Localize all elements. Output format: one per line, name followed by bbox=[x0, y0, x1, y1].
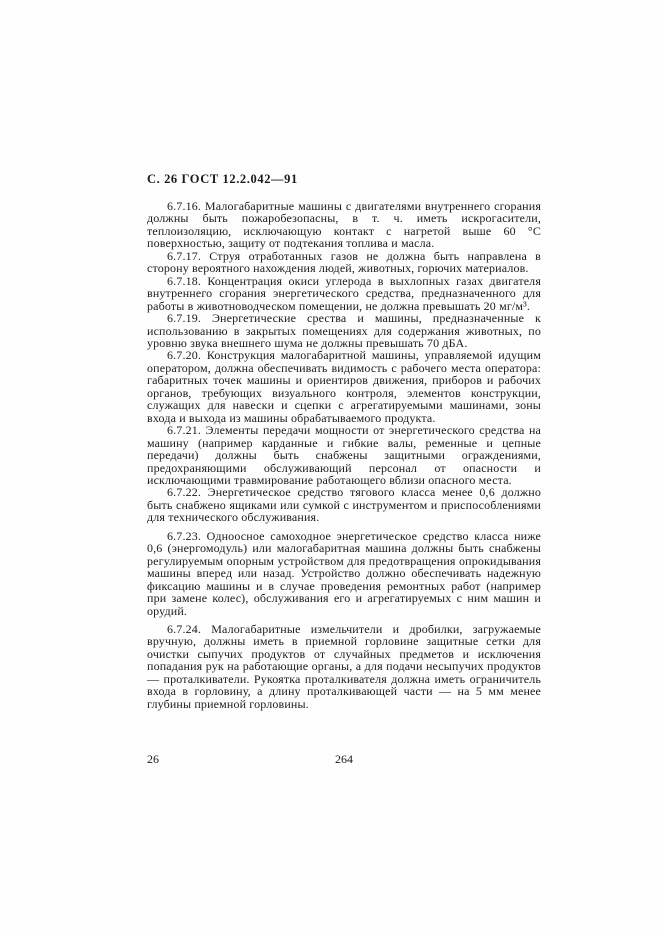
document-body: 6.7.16. Малогабаритные машины с двигател… bbox=[147, 200, 541, 710]
paragraph-6.7.24: 6.7.24. Малогабаритные измельчители и др… bbox=[147, 623, 541, 710]
paragraph-6.7.23: 6.7.23. Одноосное самоходное энергетичес… bbox=[147, 530, 541, 617]
paragraph-6.7.17: 6.7.17. Струя отработанных газов не долж… bbox=[147, 250, 541, 275]
paragraph-6.7.19: 6.7.19. Энергетические срества и машины,… bbox=[147, 312, 541, 349]
paragraph-6.7.21: 6.7.21. Элементы передачи мощности от эн… bbox=[147, 424, 541, 486]
page-header: С. 26 ГОСТ 12.2.042—91 bbox=[147, 172, 298, 187]
document-page: С. 26 ГОСТ 12.2.042—91 6.7.16. Малогабар… bbox=[0, 0, 661, 935]
paragraph-6.7.18: 6.7.18. Концентрация окиси углерода в вы… bbox=[147, 275, 541, 312]
paragraph-6.7.16: 6.7.16. Малогабаритные машины с двигател… bbox=[147, 200, 541, 250]
paragraph-6.7.22: 6.7.22. Энергетическое средство тягового… bbox=[147, 486, 541, 523]
paragraph-6.7.20: 6.7.20. Конструкция малогабаритной машин… bbox=[147, 349, 541, 424]
footer-page-number-center: 264 bbox=[147, 752, 541, 767]
